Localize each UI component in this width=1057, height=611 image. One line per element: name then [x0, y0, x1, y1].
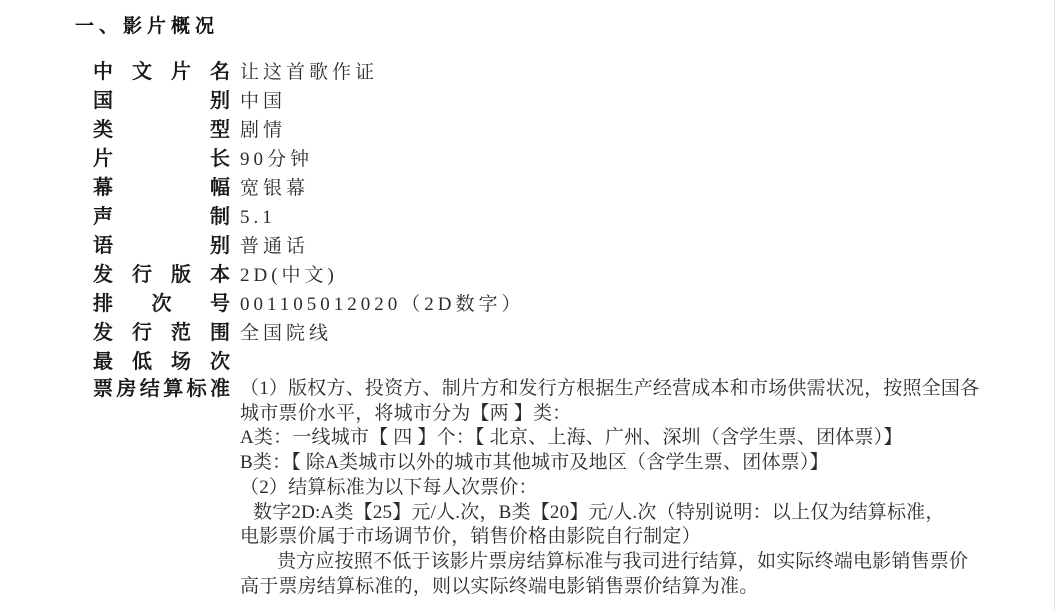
settlement-line: B类：【 除A类城市以外的城市其他城市及地区（含学生票、团体票）】 [240, 451, 979, 476]
field-value: 全国院线 [240, 319, 332, 348]
field-label: 国别 [93, 87, 230, 116]
info-row-language: 语别 普通话 [93, 232, 1057, 261]
info-row-release-version: 发行版本 2D(中文) [93, 261, 1057, 290]
field-value: 中国 [240, 87, 286, 116]
info-row-minimum-screenings: 最低场次 [93, 348, 1057, 377]
document-page: 一、影片概况 中文片名 让这首歌作证 国别 中国 类型 剧情 片长 90分钟 幕… [0, 0, 1057, 611]
field-label: 语别 [93, 232, 230, 261]
field-value: 5.1 [240, 203, 276, 232]
settlement-line: （2）结算标准为以下每人次票价： [240, 476, 979, 501]
field-value: 让这首歌作证 [240, 58, 378, 87]
info-row-serial-number: 排次号 001105012020（2D数字） [93, 290, 1057, 319]
field-value: 90分钟 [240, 145, 313, 174]
settlement-line: 数字2D:A类【25】元/人.次，B类【20】元/人.次（特别说明：以上仅为结算… [240, 501, 979, 526]
info-row-runtime: 片长 90分钟 [93, 145, 1057, 174]
settlement-terms-text: （1）版权方、投资方、制片方和发行方根据生产经营成本和市场供需状况，按照全国各 … [240, 377, 979, 599]
field-value: 剧情 [240, 116, 286, 145]
field-value: 普通话 [240, 232, 309, 261]
field-label: 发行范围 [93, 319, 230, 348]
settlement-line: A类：一线城市【 四 】个：【 北京、上海、广州、深圳（含学生票、团体票）】 [240, 426, 979, 451]
field-label: 类型 [93, 116, 230, 145]
info-row-box-office-settlement: 票房结算标准 （1）版权方、投资方、制片方和发行方根据生产经营成本和市场供需状况… [93, 377, 1057, 599]
section-heading: 一、影片概况 [75, 11, 219, 38]
field-label: 发行版本 [93, 261, 230, 290]
settlement-line: 电影票价属于市场调节价，销售价格由影院自行制定） [240, 525, 979, 550]
field-label: 最低场次 [93, 348, 230, 377]
field-label: 片长 [93, 145, 230, 174]
info-row-country: 国别 中国 [93, 87, 1057, 116]
settlement-line: 贵方应按照不低于该影片票房结算标准与我司进行结算，如实际终端电影销售票价 [240, 550, 979, 575]
field-label: 票房结算标准 [93, 377, 230, 402]
settlement-line: 城市票价水平，将城市分为【两 】类： [240, 402, 979, 427]
field-value: 001105012020（2D数字） [240, 290, 525, 319]
settlement-line: （1）版权方、投资方、制片方和发行方根据生产经营成本和市场供需状况，按照全国各 [240, 377, 979, 402]
film-info-section: 中文片名 让这首歌作证 国别 中国 类型 剧情 片长 90分钟 幕幅 宽银幕 声… [93, 58, 1057, 599]
field-value: 2D(中文) [240, 261, 338, 290]
info-row-sound-format: 声制 5.1 [93, 203, 1057, 232]
info-row-screen-format: 幕幅 宽银幕 [93, 174, 1057, 203]
info-row-genre: 类型 剧情 [93, 116, 1057, 145]
field-label: 排次号 [93, 290, 230, 319]
settlement-line: 高于票房结算标准的，则以实际终端电影销售票价结算为准。 [240, 575, 979, 600]
info-row-release-scope: 发行范围 全国院线 [93, 319, 1057, 348]
field-label: 中文片名 [93, 58, 230, 87]
field-label: 声制 [93, 203, 230, 232]
field-label: 幕幅 [93, 174, 230, 203]
info-row-chinese-title: 中文片名 让这首歌作证 [93, 58, 1057, 87]
field-value: 宽银幕 [240, 174, 309, 203]
